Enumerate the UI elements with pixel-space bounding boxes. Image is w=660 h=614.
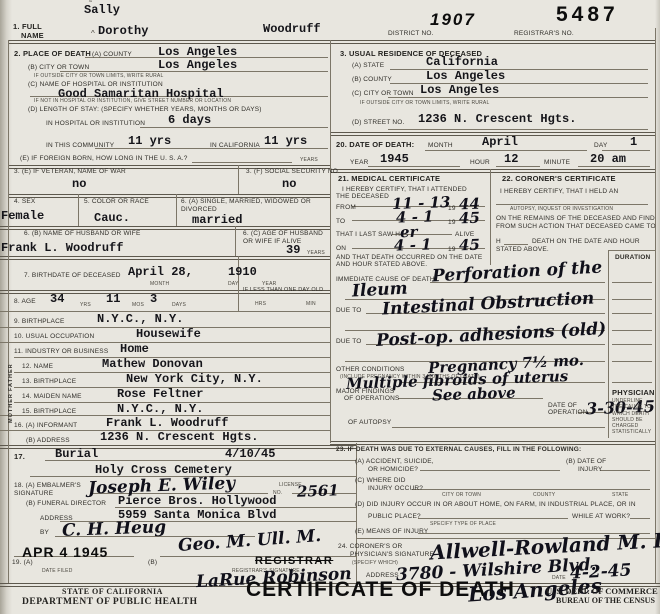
specify-place-note: SPECIFY TYPE OF PLACE	[430, 521, 496, 527]
mother-birthplace-value: N.Y.C., N.Y.	[117, 402, 203, 416]
by-label: BY	[40, 529, 49, 536]
medical-certificate-title: 21. MEDICAL CERTIFICATE	[338, 174, 440, 183]
bureau-of-census-label: BUREAU OF THE CENSUS	[556, 596, 655, 605]
rule-autopsy-inquest	[496, 204, 648, 205]
in-community-label: IN THIS COMMUNITY	[46, 142, 114, 149]
by-signature: C. H. Heug	[62, 517, 167, 541]
sex-value: Female	[1, 209, 44, 223]
race-value: Cauc.	[94, 211, 130, 225]
state-note: STATE	[612, 492, 628, 498]
funeral-director-label: (B) FUNERAL DIRECTOR	[26, 500, 106, 507]
rule-duration-5	[612, 344, 652, 345]
age-days-label: DAYS	[172, 302, 186, 308]
father-side-label: FATHER	[8, 359, 14, 391]
father-name-label: 12. NAME	[22, 363, 53, 370]
date-of-injury-label-line1: (B) DATE OF	[566, 458, 606, 465]
district-no-label: DISTRICT NO.	[388, 30, 434, 37]
insert-caret-mark: ^	[91, 29, 95, 38]
first-name-value: Dorothy	[98, 24, 148, 38]
major-findings-label-line1: MAJOR FINDINGS	[336, 388, 394, 395]
rule-of-autopsy	[392, 427, 605, 428]
age-days-value: 3	[150, 292, 157, 306]
funeral-director-value: Pierce Bros. Hollywood	[118, 494, 276, 508]
filing-b-label: (B)	[148, 559, 157, 566]
rule-duration-2	[612, 299, 652, 300]
marital-label: 6. (A) SINGLE, MARRIED, WIDOWED OR DIVOR…	[181, 198, 327, 214]
major-findings-value: See above	[432, 384, 516, 405]
city-note: IF OUTSIDE CITY OR TOWN LIMITS, WRITE RU…	[34, 73, 163, 79]
rule-duration-3	[612, 313, 652, 314]
divider-sex-race	[78, 194, 79, 226]
due-to-label-2: DUE TO	[336, 338, 362, 345]
less-than-day-label: IF LESS THAN ONE DAY OLD	[243, 287, 323, 293]
birthdate-day-sublabel: DAY	[228, 281, 239, 287]
date-of-death-label: 20. DATE OF DEATH:	[336, 140, 414, 149]
rule-homicide	[420, 470, 560, 471]
rule-public-place	[418, 518, 568, 519]
on-year-value: 45	[459, 236, 480, 255]
registrar-no-stamp: 5487	[556, 3, 619, 27]
min-label: MIN	[306, 301, 316, 307]
birthplace-value: N.Y.C., N.Y.	[97, 312, 183, 326]
border-left	[8, 40, 9, 583]
city-label: (B) CITY OR TOWN	[28, 64, 89, 71]
death-certificate-scan: ˜ Sally ^ 1. FULL NAME Dorothy Woodruff …	[0, 0, 660, 614]
father-name-value: Mathew Donovan	[102, 357, 203, 371]
in-california-value: 11 yrs	[264, 134, 307, 148]
divider-vet-ssn	[238, 165, 239, 194]
attended-from-label: FROM	[336, 204, 356, 211]
attended-to-label: TO	[336, 218, 345, 225]
residence-city-note: IF OUTSIDE CITY OR TOWN LIMITS, WRITE RU…	[360, 100, 489, 106]
age-years-value: 34	[50, 292, 64, 306]
rule-res-street	[388, 129, 648, 130]
race-label: 5. COLOR OR RACE	[84, 198, 149, 205]
ssn-label: 3. (F) SOCIAL SECURITY NO.	[246, 168, 340, 175]
rule-injury-date	[600, 470, 650, 471]
death-year-value: 1945	[380, 152, 409, 166]
divider-center	[330, 40, 331, 443]
of-autopsy-label: OF AUTOPSY	[348, 419, 391, 426]
death-month-value: April	[482, 135, 518, 149]
date-of-injury-label-line2: INJURY	[578, 466, 603, 473]
foreign-born-label: (E) IF FOREIGN BORN, HOW LONG IN THE U. …	[20, 155, 188, 162]
date-filed-label: DATE FILED	[42, 568, 73, 574]
burial-type-value: Burial	[55, 447, 98, 461]
rule-coroner-h	[504, 244, 528, 245]
birthdate-month-sublabel: MONTH	[150, 281, 169, 287]
spouse-label: 6. (B) NAME OF HUSBAND OR WIFE	[24, 230, 141, 237]
last-name-value: Woodruff	[263, 22, 321, 36]
city-or-town-note: CITY OR TOWN	[442, 492, 481, 498]
death-minute-value: 20 am	[590, 152, 626, 166]
external-causes-title: 23. IF DEATH WAS DUE TO EXTERNAL CAUSES,…	[336, 446, 581, 453]
mother-name-value: Rose Feltner	[117, 387, 203, 401]
industry-value: Home	[120, 342, 149, 356]
physician-sidebar-note: UNDERLINE THE CAUSE TO WHICH DEATH SHOUL…	[612, 398, 654, 436]
veteran-label: 3. (E) IF VETERAN, NAME OF WAR	[14, 168, 126, 175]
death-year-label: YEAR	[350, 159, 369, 166]
deputy-signature: Geo. M. Ull. M.	[177, 526, 321, 556]
county-label: (A) COUNTY	[92, 51, 132, 58]
birthdate-label: 7. BIRTHDATE OF DECEASED	[24, 272, 121, 279]
residence-city-value: Los Angeles	[420, 83, 499, 97]
rule-spouse-bottom	[0, 256, 330, 260]
duration-column-header: DURATION	[615, 254, 650, 261]
rule-duration-6	[612, 361, 652, 362]
hrs-label: HRS	[255, 301, 266, 307]
occupation-value: Housewife	[136, 327, 201, 341]
last-saw-label: THAT I LAST SAW H	[336, 231, 400, 238]
coroner-certify-line: I HEREBY CERTIFY, THAT I HELD AN	[500, 188, 618, 195]
residence-city-label: (C) CITY OR TOWN	[352, 90, 414, 97]
birthplace-label: 9. BIRTHPLACE	[14, 318, 65, 325]
rule-foreign	[192, 162, 292, 163]
embalmer-label: 18. (A) EMBALMER'S SIGNATURE	[14, 482, 86, 498]
rule-death-date-bottom	[330, 169, 656, 173]
informant-label: 16. (A) INFORMANT	[14, 422, 77, 429]
divider-medical-coroner	[490, 169, 491, 265]
specify-which-note: (SPECIFY WHICH)	[352, 560, 398, 566]
autopsy-inquest-label: AUTOPSY, INQUEST OR INVESTIGATION	[510, 206, 613, 212]
father-birthplace-label: 13. BIRTHPLACE	[22, 378, 76, 385]
to-year-prefix: 19	[448, 219, 456, 226]
informant-value: Frank L. Woodruff	[106, 416, 228, 430]
while-at-work-label: WHILE AT WORK?	[572, 513, 630, 520]
coroner-body-line1: ON THE REMAINS OF THE DECEASED AND FIND	[496, 215, 655, 222]
place-of-death-label: 2. PLACE OF DEATH	[14, 49, 91, 58]
dept-of-commerce-label: U. S. DEPT. OF COMMERCE	[546, 586, 658, 596]
birthdate-year-value: 1910	[228, 265, 257, 279]
age-months-label: MOS	[132, 302, 144, 308]
death-hour-value: 12	[504, 152, 518, 166]
date-filed-stamp: APR 4 1945	[22, 544, 108, 560]
in-community-value: 11 yrs	[128, 134, 171, 148]
rule-duration-7	[612, 382, 652, 383]
where-injury-label-line2: INJURY OCCUR?	[368, 485, 423, 492]
in-california-label: IN CALIFORNIA	[210, 142, 260, 149]
rule-death-minute	[578, 166, 650, 167]
residence-state-value: California	[426, 55, 498, 69]
age-label: 8. AGE	[14, 298, 36, 305]
industry-label: 11. INDUSTRY OR BUSINESS	[14, 348, 108, 355]
spouse-age-years-label: YEARS	[307, 250, 325, 256]
to-year-value: 45	[459, 209, 480, 228]
due-to-label-1: DUE TO	[336, 307, 362, 314]
residence-county-label: (B) COUNTY	[352, 76, 392, 83]
burial-number-label: 17.	[14, 452, 25, 461]
saw-on-label: ON	[336, 245, 346, 252]
in-hospital-label: IN HOSPITAL OR INSTITUTION	[46, 120, 145, 127]
residence-street-value: 1236 N. Crescent Hgts.	[418, 112, 576, 126]
hospital-note: IF NOT IN HOSPITAL OR INSTITUTION, GIVE …	[34, 98, 231, 104]
operation-date-label-line1: DATE OF	[548, 402, 577, 409]
burial-date-value: 4/10/45	[225, 447, 275, 461]
border-right	[655, 28, 656, 583]
rule-duration-4	[612, 330, 652, 331]
length-of-stay-label: (D) LENGTH OF STAY: (SPECIFY WHETHER YEA…	[28, 106, 262, 113]
father-birthplace-value: New York City, N.Y.	[126, 372, 263, 386]
means-of-injury-label: (E) MEANS OF INJURY	[355, 528, 428, 535]
age-years-label: YRS	[80, 302, 91, 308]
did-injury-occur-label: (D) DID INJURY OCCUR IN OR ABOUT HOME, O…	[355, 501, 636, 508]
medical-certify-line1: I HEREBY CERTIFY, THAT I ATTENDED	[342, 186, 467, 193]
death-day-value: 1	[630, 135, 637, 149]
age-months-value: 11	[106, 292, 120, 306]
county-note: COUNTY	[533, 492, 555, 498]
residence-street-label: (D) STREET NO.	[352, 119, 405, 126]
death-hour-label: HOUR	[470, 159, 490, 166]
medical-certify-line2: THE DECEASED	[336, 193, 389, 200]
county-value: Los Angeles	[158, 45, 237, 59]
rule-header-bottom	[8, 40, 656, 44]
death-month-label: MONTH	[428, 142, 453, 149]
saw-on-value: 4 - 1	[394, 235, 432, 254]
rule-at-work	[630, 518, 650, 519]
on-year-prefix: 19	[448, 246, 456, 253]
coroner-certificate-title: 22. CORONER'S CERTIFICATE	[502, 174, 616, 183]
public-place-label: PUBLIC PLACE?	[368, 513, 421, 520]
filing-number-label: 19. (A)	[12, 559, 33, 566]
rule-duration-top	[608, 250, 656, 251]
from-year-prefix: 19	[448, 205, 456, 212]
rule-res-city	[388, 97, 648, 98]
state-of-california-label: STATE OF CALIFORNIA	[62, 587, 163, 596]
coroner-h-prefix: H	[496, 238, 501, 245]
death-day-label: DAY	[594, 142, 607, 149]
occupation-label: 10. USUAL OCCUPATION	[14, 333, 94, 340]
inserted-first-name: Sally	[84, 3, 120, 17]
mother-side-label: MOTHER	[8, 391, 14, 423]
rule-death-hour	[496, 166, 540, 167]
city-value: Los Angeles	[158, 58, 237, 72]
marital-value: married	[192, 213, 242, 227]
physician-sidebar-title: PHYSICIAN	[612, 388, 655, 397]
operation-date-label-line2: OPERATION	[548, 409, 588, 416]
birthdate-monthday-value: April 28,	[128, 265, 193, 279]
mother-name-label: 14. MAIDEN NAME	[22, 393, 82, 400]
residence-county-value: Los Angeles	[426, 69, 505, 83]
coroner-or-label: 24. CORONER'S OR	[338, 543, 402, 550]
coroner-body-line4: STATED ABOVE.	[496, 246, 549, 253]
sex-label: 4. SEX	[14, 198, 35, 205]
physician-signature-label: PHYSICIAN'S SIGNATURE	[350, 551, 434, 558]
rule-in-hospital	[140, 127, 328, 128]
rule-cause-bottom	[330, 441, 656, 445]
informant-address-value: 1236 N. Crescent Hgts.	[100, 430, 258, 444]
mother-birthplace-label: 15. BIRTHPLACE	[22, 408, 76, 415]
rule-informant-bottom	[0, 445, 356, 449]
registrar-no-label: REGISTRAR'S NO.	[514, 30, 574, 37]
full-name-label-line2: NAME	[21, 31, 44, 40]
spouse-age-label: 6. (C) AGE OF HUSBAND OR WIFE IF ALIVE	[243, 230, 327, 246]
rule-death-year	[368, 166, 460, 167]
coroner-body-line2: FROM SUCH ACTION THAT DECEASED CAME TO	[496, 223, 656, 230]
accident-suicide-label-line1: (A) ACCIDENT, SUICIDE,	[355, 458, 434, 465]
major-findings-label-line2: OF OPERATIONS	[344, 395, 400, 402]
full-name-label-line1: 1. FULL	[13, 22, 42, 31]
residence-state-label: (A) STATE	[352, 62, 384, 69]
death-minute-label: MINUTE	[544, 159, 570, 166]
rule-death-month	[425, 150, 587, 151]
district-no-stamp: 1907	[430, 10, 476, 30]
license-value: 2561	[297, 481, 339, 500]
medical-closing-line1: AND THAT DEATH OCCURRED ON THE DATE	[336, 254, 482, 261]
rule-death-day	[602, 150, 650, 151]
spouse-value: Frank L. Woodruff	[1, 241, 123, 255]
divider-spouse-age	[235, 226, 236, 256]
in-hospital-value: 6 days	[168, 113, 211, 127]
due-to-value-2: Post-op. adhesions (old)	[376, 319, 607, 351]
due-to-value-1: Intestinal Obstruction	[382, 288, 595, 319]
medical-closing-line2: AND HOUR STATED ABOVE.	[336, 261, 427, 268]
ssn-value: no	[282, 177, 296, 191]
divider-race-marital	[176, 194, 177, 226]
spouse-age-value: 39	[286, 243, 300, 257]
where-injury-label-line1: (C) WHERE DID	[355, 477, 406, 484]
accident-suicide-label-line2: OR HOMICIDE?	[368, 466, 418, 473]
informant-address-label: (B) ADDRESS	[26, 437, 70, 444]
coroner-body-line3: DEATH ON THE DATE AND HOUR	[532, 238, 640, 245]
rule-injury-where	[412, 489, 650, 490]
rule-occupation-bottom	[0, 342, 330, 343]
other-conditions-label: OTHER CONDITIONS	[336, 366, 405, 373]
veteran-value: no	[72, 177, 86, 191]
rule-duration-1	[612, 282, 652, 283]
foreign-born-years-label: YEARS	[300, 157, 318, 163]
department-public-health-label: DEPARTMENT OF PUBLIC HEALTH	[22, 597, 197, 607]
